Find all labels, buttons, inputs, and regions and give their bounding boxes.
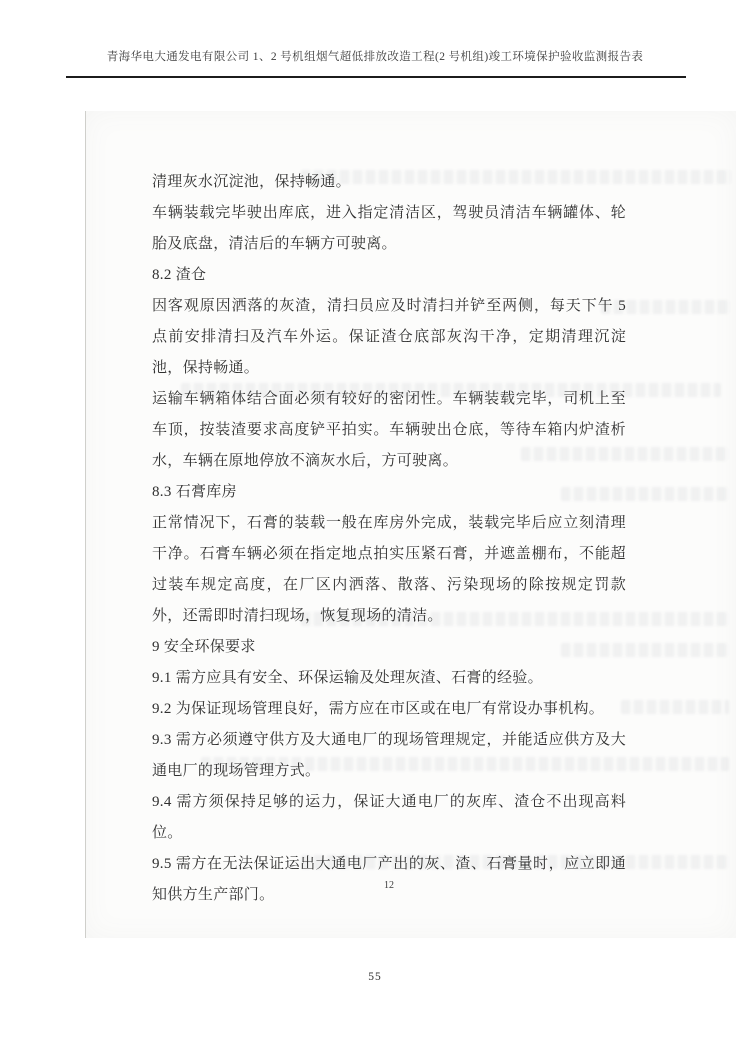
- section-heading: 8.2 渣仓: [152, 260, 626, 291]
- paragraph: 运输车辆箱体结合面必须有较好的密闭性。车辆装载完毕，司机上至车顶，按装渣要求高度…: [152, 384, 626, 477]
- scanned-page: 清理灰水沉淀池，保持畅通。 车辆装载完毕驶出库底，进入指定清洁区，驾驶员清洁车辆…: [85, 111, 736, 938]
- paragraph: 车辆装载完毕驶出库底，进入指定清洁区，驾驶员清洁车辆罐体、轮胎及底盘，清洁后的车…: [152, 198, 626, 260]
- body-text-column: 清理灰水沉淀池，保持畅通。 车辆装载完毕驶出库底，进入指定清洁区，驾驶员清洁车辆…: [152, 167, 626, 911]
- paragraph: 9.1 需方应具有安全、环保运输及处理灰渣、石膏的经验。: [152, 663, 626, 694]
- section-heading: 9 安全环保要求: [152, 632, 626, 663]
- paragraph: 清理灰水沉淀池，保持畅通。: [152, 167, 626, 198]
- inner-page-number: 12: [152, 880, 626, 891]
- header-rule: [66, 76, 686, 78]
- paragraph: 9.3 需方必须遵守供方及大通电厂的现场管理规定，并能适应供方及大通电厂的现场管…: [152, 725, 626, 787]
- footer-page-number: 55: [0, 971, 750, 983]
- paragraph: 正常情况下，石膏的装载一般在库房外完成，装载完毕后应立刻清理干净。石膏车辆必须在…: [152, 508, 626, 632]
- running-header-title: 青海华电大通发电有限公司 1、2 号机组烟气超低排放改造工程(2 号机组)竣工环…: [0, 48, 750, 64]
- paragraph: 因客观原因洒落的灰渣，清扫员应及时清扫并铲至两侧，每天下午 5 点前安排清扫及汽…: [152, 291, 626, 384]
- paragraph: 9.2 为保证现场管理良好，需方应在市区或在电厂有常设办事机构。: [152, 694, 626, 725]
- section-heading: 8.3 石膏库房: [152, 477, 626, 508]
- paragraph: 9.4 需方须保持足够的运力，保证大通电厂的灰库、渣仓不出现高料位。: [152, 787, 626, 849]
- bleed-through-blotch: [621, 700, 729, 714]
